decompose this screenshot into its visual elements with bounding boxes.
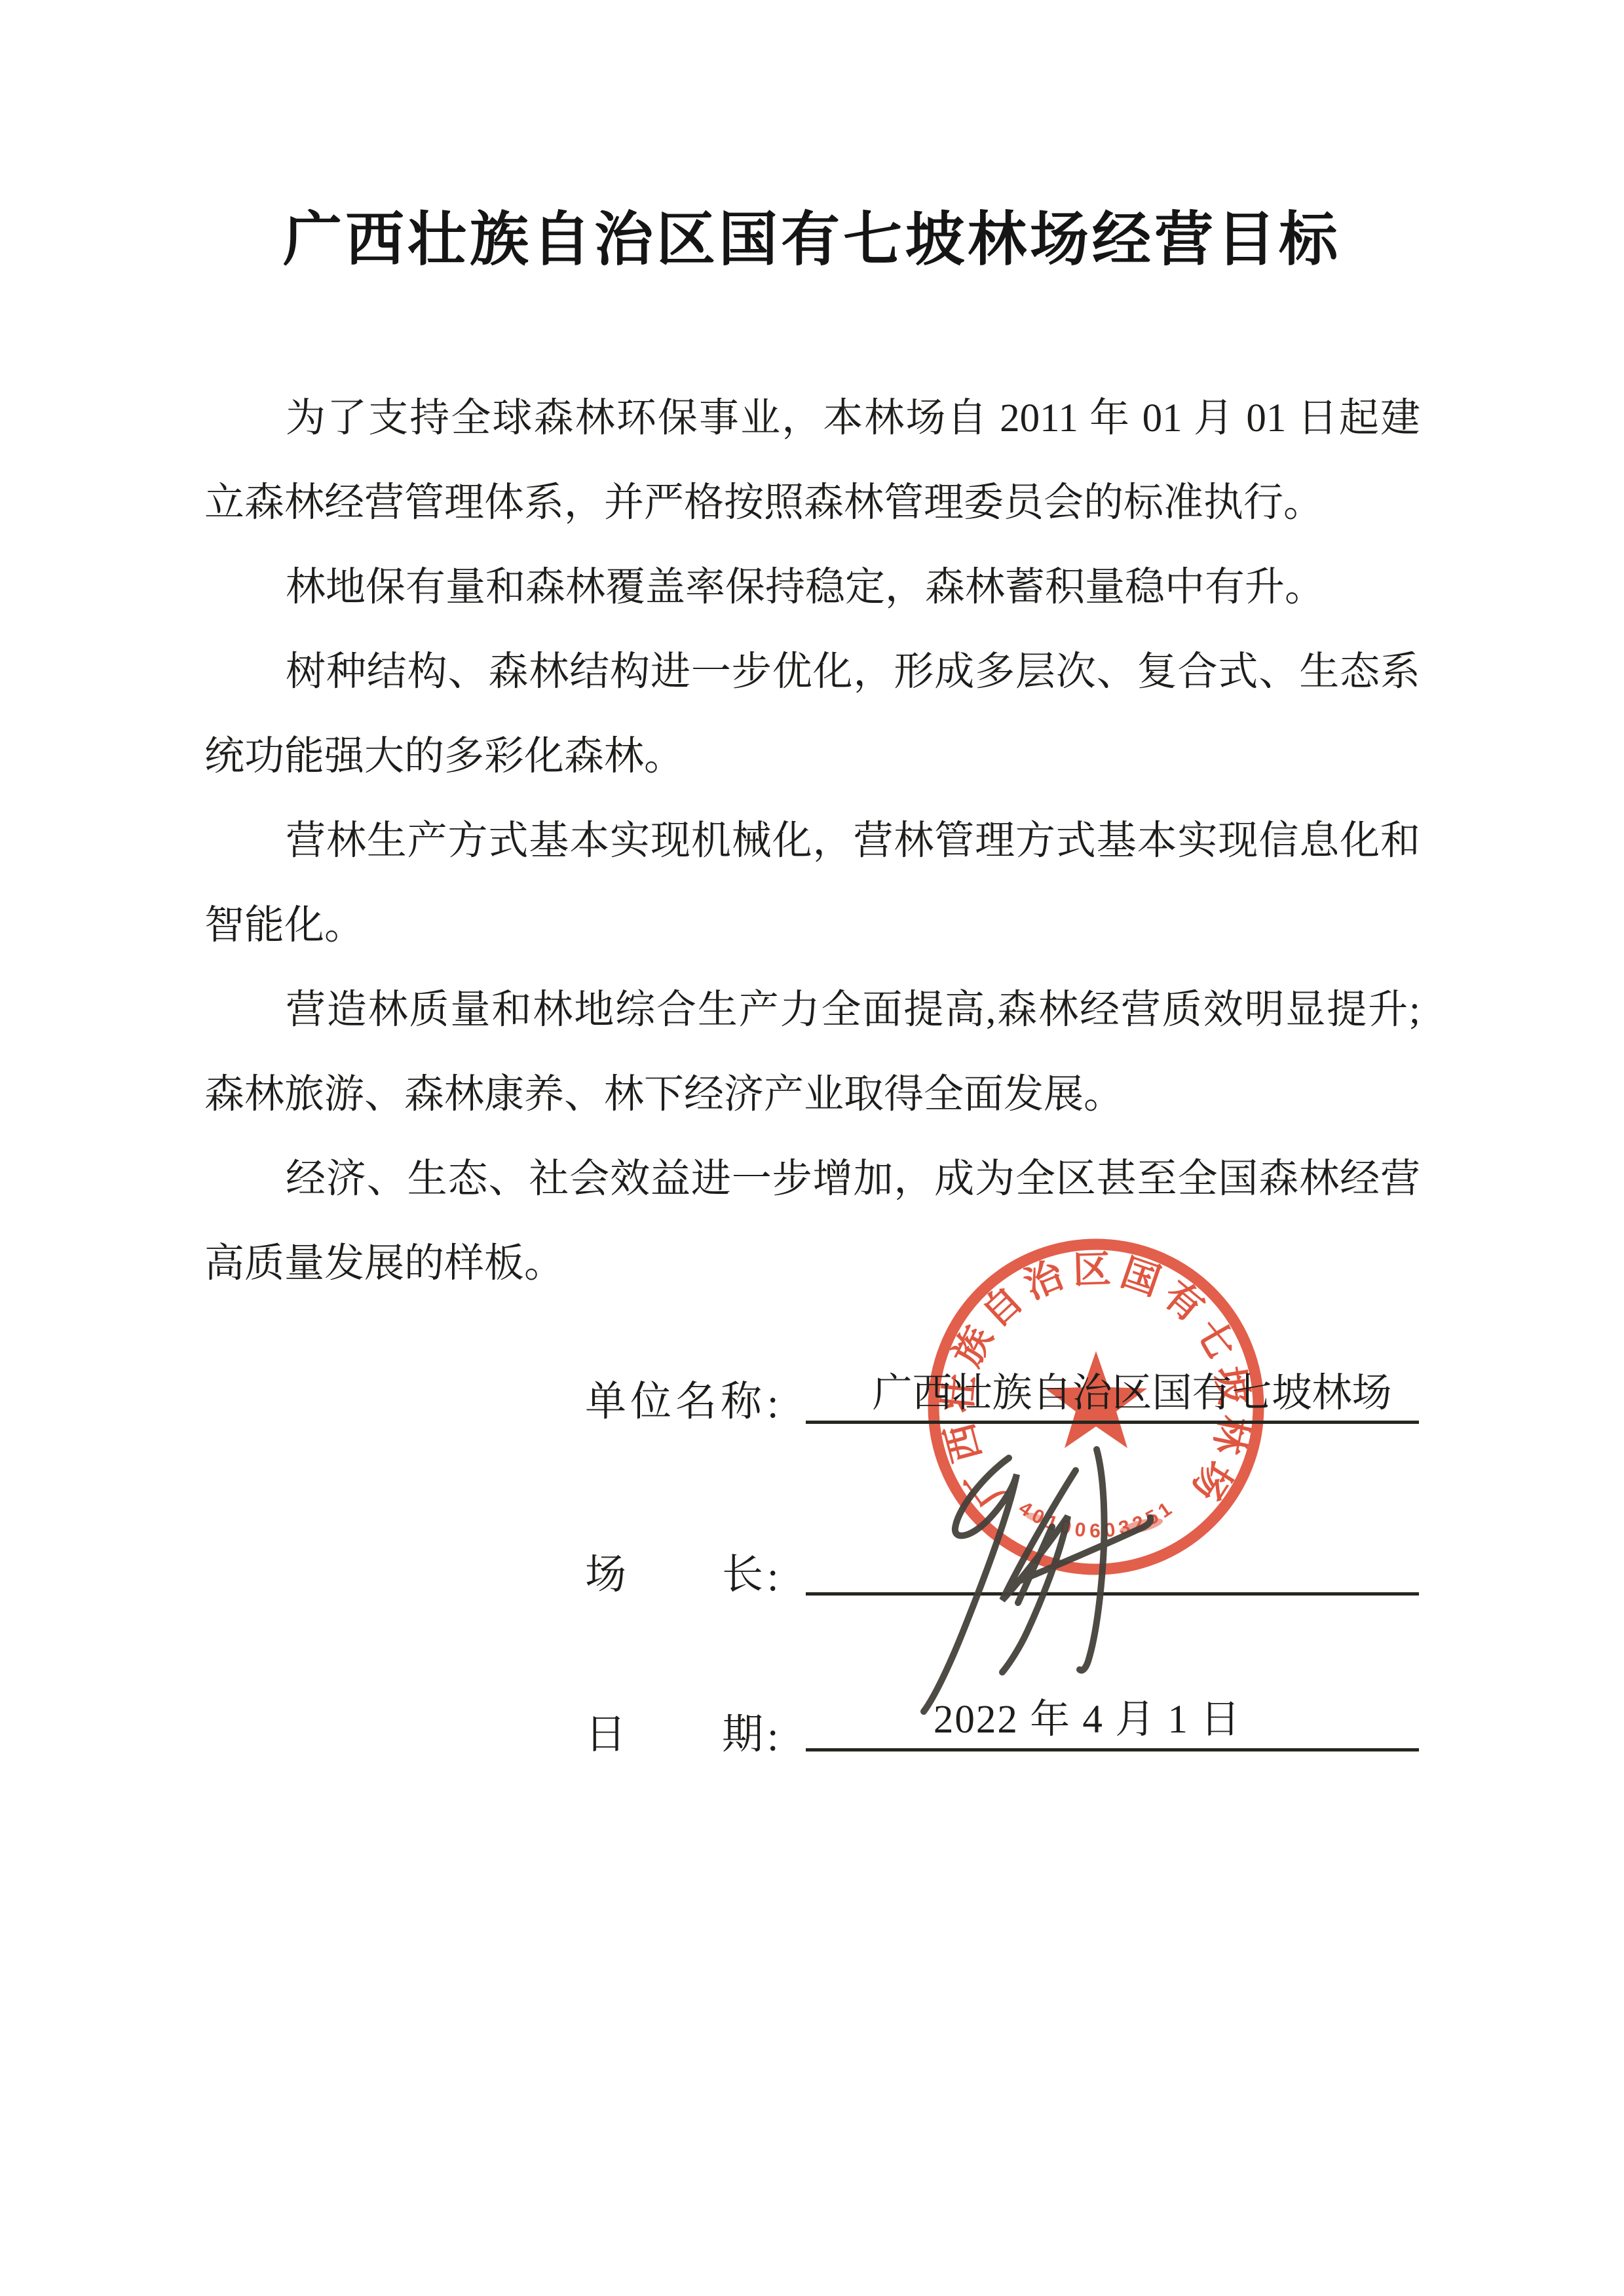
body-line: 树种结构、森林结构进一步优化，形成多层次、复合式、生态系 [204, 630, 1420, 714]
body-line: 立森林经营管理体系，并严格按照森林管理委员会的标准执行。 [204, 461, 1420, 545]
director-row: 场长: [585, 1541, 779, 1601]
body-line: 为了支持全球森林环保事业，本林场自 2011 年 01 月 01 日起建 [204, 376, 1420, 461]
body-line: 营林生产方式基本实现机械化，营林管理方式基本实现信息化和 [204, 799, 1420, 883]
body-line: 经济、生态、社会效益进一步增加，成为全区甚至全国森林经营 [204, 1137, 1420, 1221]
org-name-value: 广西壮族自治区国有七坡林场 [872, 1361, 1391, 1421]
label-colon: : [767, 1553, 779, 1601]
body-text: 为了支持全球森林环保事业，本林场自 2011 年 01 月 01 日起建 立森林… [204, 376, 1420, 1306]
org-name-field: 广西壮族自治区国有七坡林场 [806, 1364, 1419, 1424]
document-title: 广西壮族自治区国有七坡林场经营目标 [0, 191, 1624, 277]
body-line: 统功能强大的多彩化森林。 [204, 714, 1420, 799]
date-label: 日期 [585, 1701, 763, 1761]
signature-stroke [1080, 1449, 1105, 1670]
label-colon: : [767, 1713, 779, 1761]
org-name-row: 单位名称: [585, 1368, 779, 1428]
org-name-label: 单位名称 [585, 1368, 763, 1428]
document-page: 广西壮族自治区国有七坡林场经营目标 为了支持全球森林环保事业，本林场自 2011… [0, 0, 1624, 2296]
body-line: 智能化。 [204, 883, 1420, 968]
handwritten-signature [911, 1428, 1199, 1736]
date-row: 日期: [585, 1701, 779, 1761]
label-colon: : [767, 1380, 779, 1428]
director-label: 场长 [585, 1541, 763, 1601]
body-line: 林地保有量和森林覆盖率保持稳定，森林蓄积量稳中有升。 [204, 545, 1420, 630]
body-line: 营造林质量和林地综合生产力全面提高,森林经营质效明显提升; [204, 968, 1420, 1052]
body-line: 森林旅游、森林康养、林下经济产业取得全面发展。 [204, 1052, 1420, 1137]
